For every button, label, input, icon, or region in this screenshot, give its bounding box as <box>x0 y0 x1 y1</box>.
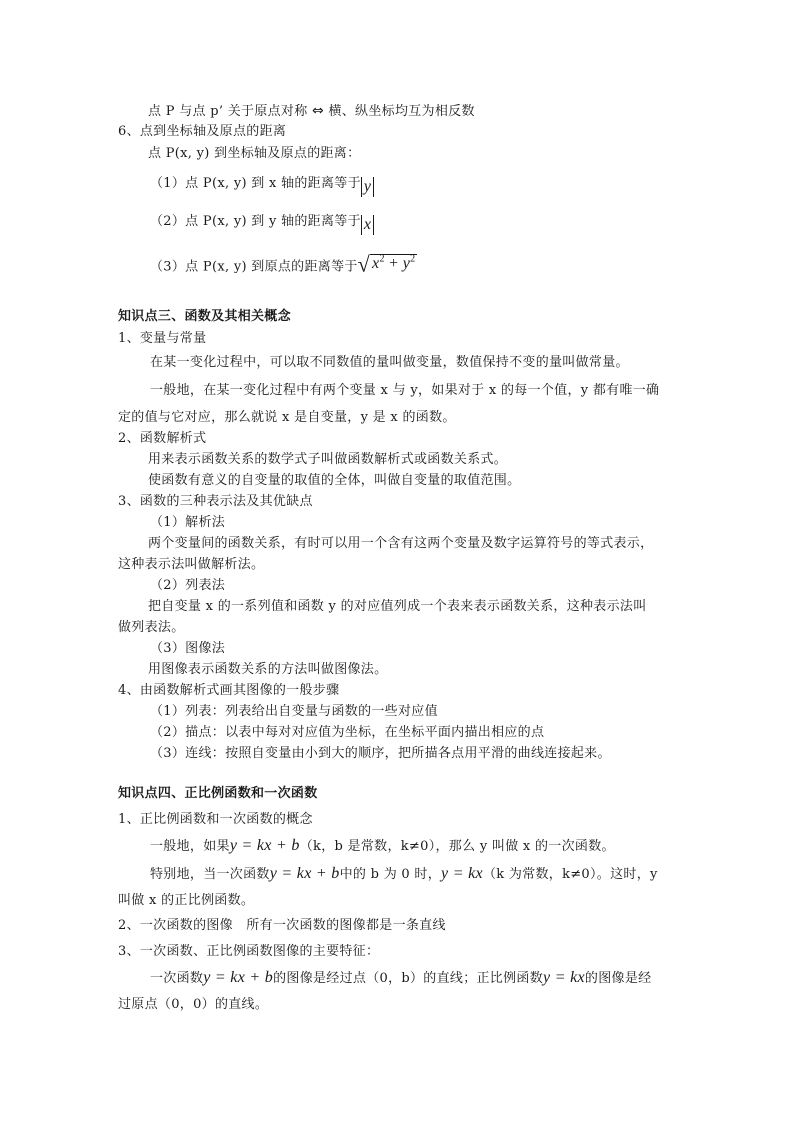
subheading: 3、函数的三种表示法及其优缺点 <box>118 494 313 510</box>
paragraph: 这种表示法叫做解析法。 <box>118 557 264 573</box>
paragraph: 做列表法。 <box>118 620 185 636</box>
text: （k 为常数，k≠0）。这时，y <box>483 867 658 882</box>
abs-formula: y <box>361 177 374 197</box>
text: 横、纵坐标均互为相反数 <box>328 104 474 119</box>
list-item: （2）描点：以表中每对对应值为坐标，在坐标平面内描出相应的点 <box>150 725 544 741</box>
paragraph: 过原点（0，0）的直线。 <box>118 997 268 1013</box>
subheading: 2、函数解析式 <box>118 431 206 447</box>
formula: y = kx <box>543 969 585 986</box>
subheading: 3、一次函数、正比例函数图像的主要特征： <box>118 944 379 960</box>
distance-item-2: （2）点 P(x, y) 到 y 轴的距离等于x <box>150 214 374 235</box>
formula: y = kx + b <box>203 969 273 986</box>
formula: y = kx + b <box>270 865 340 882</box>
paragraph: 一般地，在某一变化过程中有两个变量 x 与 y，如果对于 x 的每一个值，y 都… <box>150 383 659 399</box>
paragraph: 特别地，当一次函数y = kx + b中的 b 为 0 时，y = kx（k 为… <box>150 866 658 883</box>
sqrt-formula: √x2 + y2 <box>358 252 418 272</box>
text: （k，b 是常数，k≠0），那么 y 叫做 x 的一次函数。 <box>300 839 615 854</box>
subheading: 4、由函数解析式画其图像的一般步骤 <box>118 683 339 699</box>
paragraph: 一般地，如果y = kx + b（k，b 是常数，k≠0），那么 y 叫做 x … <box>150 838 615 855</box>
formula: y = kx <box>441 865 483 882</box>
list-item: （3）连线：按照自变量由小到大的顺序，把所描各点用平滑的曲线连接起来。 <box>150 746 611 762</box>
text: 的图像是经 <box>585 971 652 986</box>
paragraph: 一次函数y = kx + b的图像是经过点（0，b）的直线；正比例函数y = k… <box>150 970 651 987</box>
text: 中的 b 为 0 时， <box>340 867 441 882</box>
paragraph: 定的值与它对应，那么就说 x 是自变量，y 是 x 的函数。 <box>118 410 456 426</box>
text: （3）点 P(x, y) 到原点的距离等于 <box>150 259 358 274</box>
paragraph: 用来表示函数关系的数学式子叫做函数解析式或函数关系式。 <box>148 452 507 468</box>
paragraph: 用图像表示函数关系的方法叫做图像法。 <box>148 662 387 678</box>
text: 特别地，当一次函数 <box>150 867 270 882</box>
text: 一般地，如果 <box>150 839 230 854</box>
subheading: （2）列表法 <box>150 578 225 594</box>
paragraph: 在某一变化过程中，可以取不同数值的量叫做变量，数值保持不变的量叫做常量。 <box>150 355 629 371</box>
exp: 2 <box>410 254 415 265</box>
var: y <box>403 255 410 272</box>
subheading: （1）解析法 <box>150 515 225 531</box>
paragraph: 叫做 x 的正比例函数。 <box>118 893 254 909</box>
paragraph: 使函数有意义的自变量的取值的全体，叫做自变量的取值范围。 <box>148 473 520 489</box>
text: （2）点 P(x, y) 到 y 轴的距离等于 <box>150 214 361 229</box>
paragraph: 点 P(x, y) 到坐标轴及原点的距离： <box>148 146 360 162</box>
heading-knowledge-3: 知识点三、函数及其相关概念 <box>118 309 291 325</box>
section-heading-6: 6、点到坐标轴及原点的距离 <box>118 124 286 140</box>
subheading: 1、正比例函数和一次函数的概念 <box>118 812 313 828</box>
op: + <box>385 255 403 272</box>
abs-formula: x <box>361 215 374 235</box>
formula: y = kx + b <box>230 837 300 854</box>
distance-item-3: （3）点 P(x, y) 到原点的距离等于√x2 + y2 <box>150 252 417 275</box>
symmetry-rule: 点 P 与点 p’ 关于原点对称 ⇔ 横、纵坐标均互为相反数 <box>148 103 475 120</box>
subheading: 2、一次函数的图像 所有一次函数的图像都是一条直线 <box>118 918 446 934</box>
paragraph: 两个变量间的函数关系，有时可以用一个含有这两个变量及数字运算符号的等式表示， <box>148 536 653 552</box>
subheading: （3）图像法 <box>150 641 225 657</box>
text: （1）点 P(x, y) 到 x 轴的距离等于 <box>150 176 361 191</box>
text: 点 P 与点 p’ 关于原点对称 <box>148 104 308 119</box>
list-item: （1）列表：列表给出自变量与函数的一些对应值 <box>150 704 438 720</box>
paragraph: 把自变量 x 的一系列值和函数 y 的对应值列成一个表来表示函数关系，这种表示法… <box>148 599 647 615</box>
subheading: 1、变量与常量 <box>118 331 206 347</box>
double-arrow-icon: ⇔ <box>312 103 324 119</box>
radical-sign-icon: √ <box>358 251 370 276</box>
distance-item-1: （1）点 P(x, y) 到 x 轴的距离等于y <box>150 176 374 197</box>
text: 一次函数 <box>150 971 203 986</box>
text: 的图像是经过点（0，b）的直线；正比例函数 <box>273 971 543 986</box>
heading-knowledge-4: 知识点四、正比例函数和一次函数 <box>118 786 318 802</box>
